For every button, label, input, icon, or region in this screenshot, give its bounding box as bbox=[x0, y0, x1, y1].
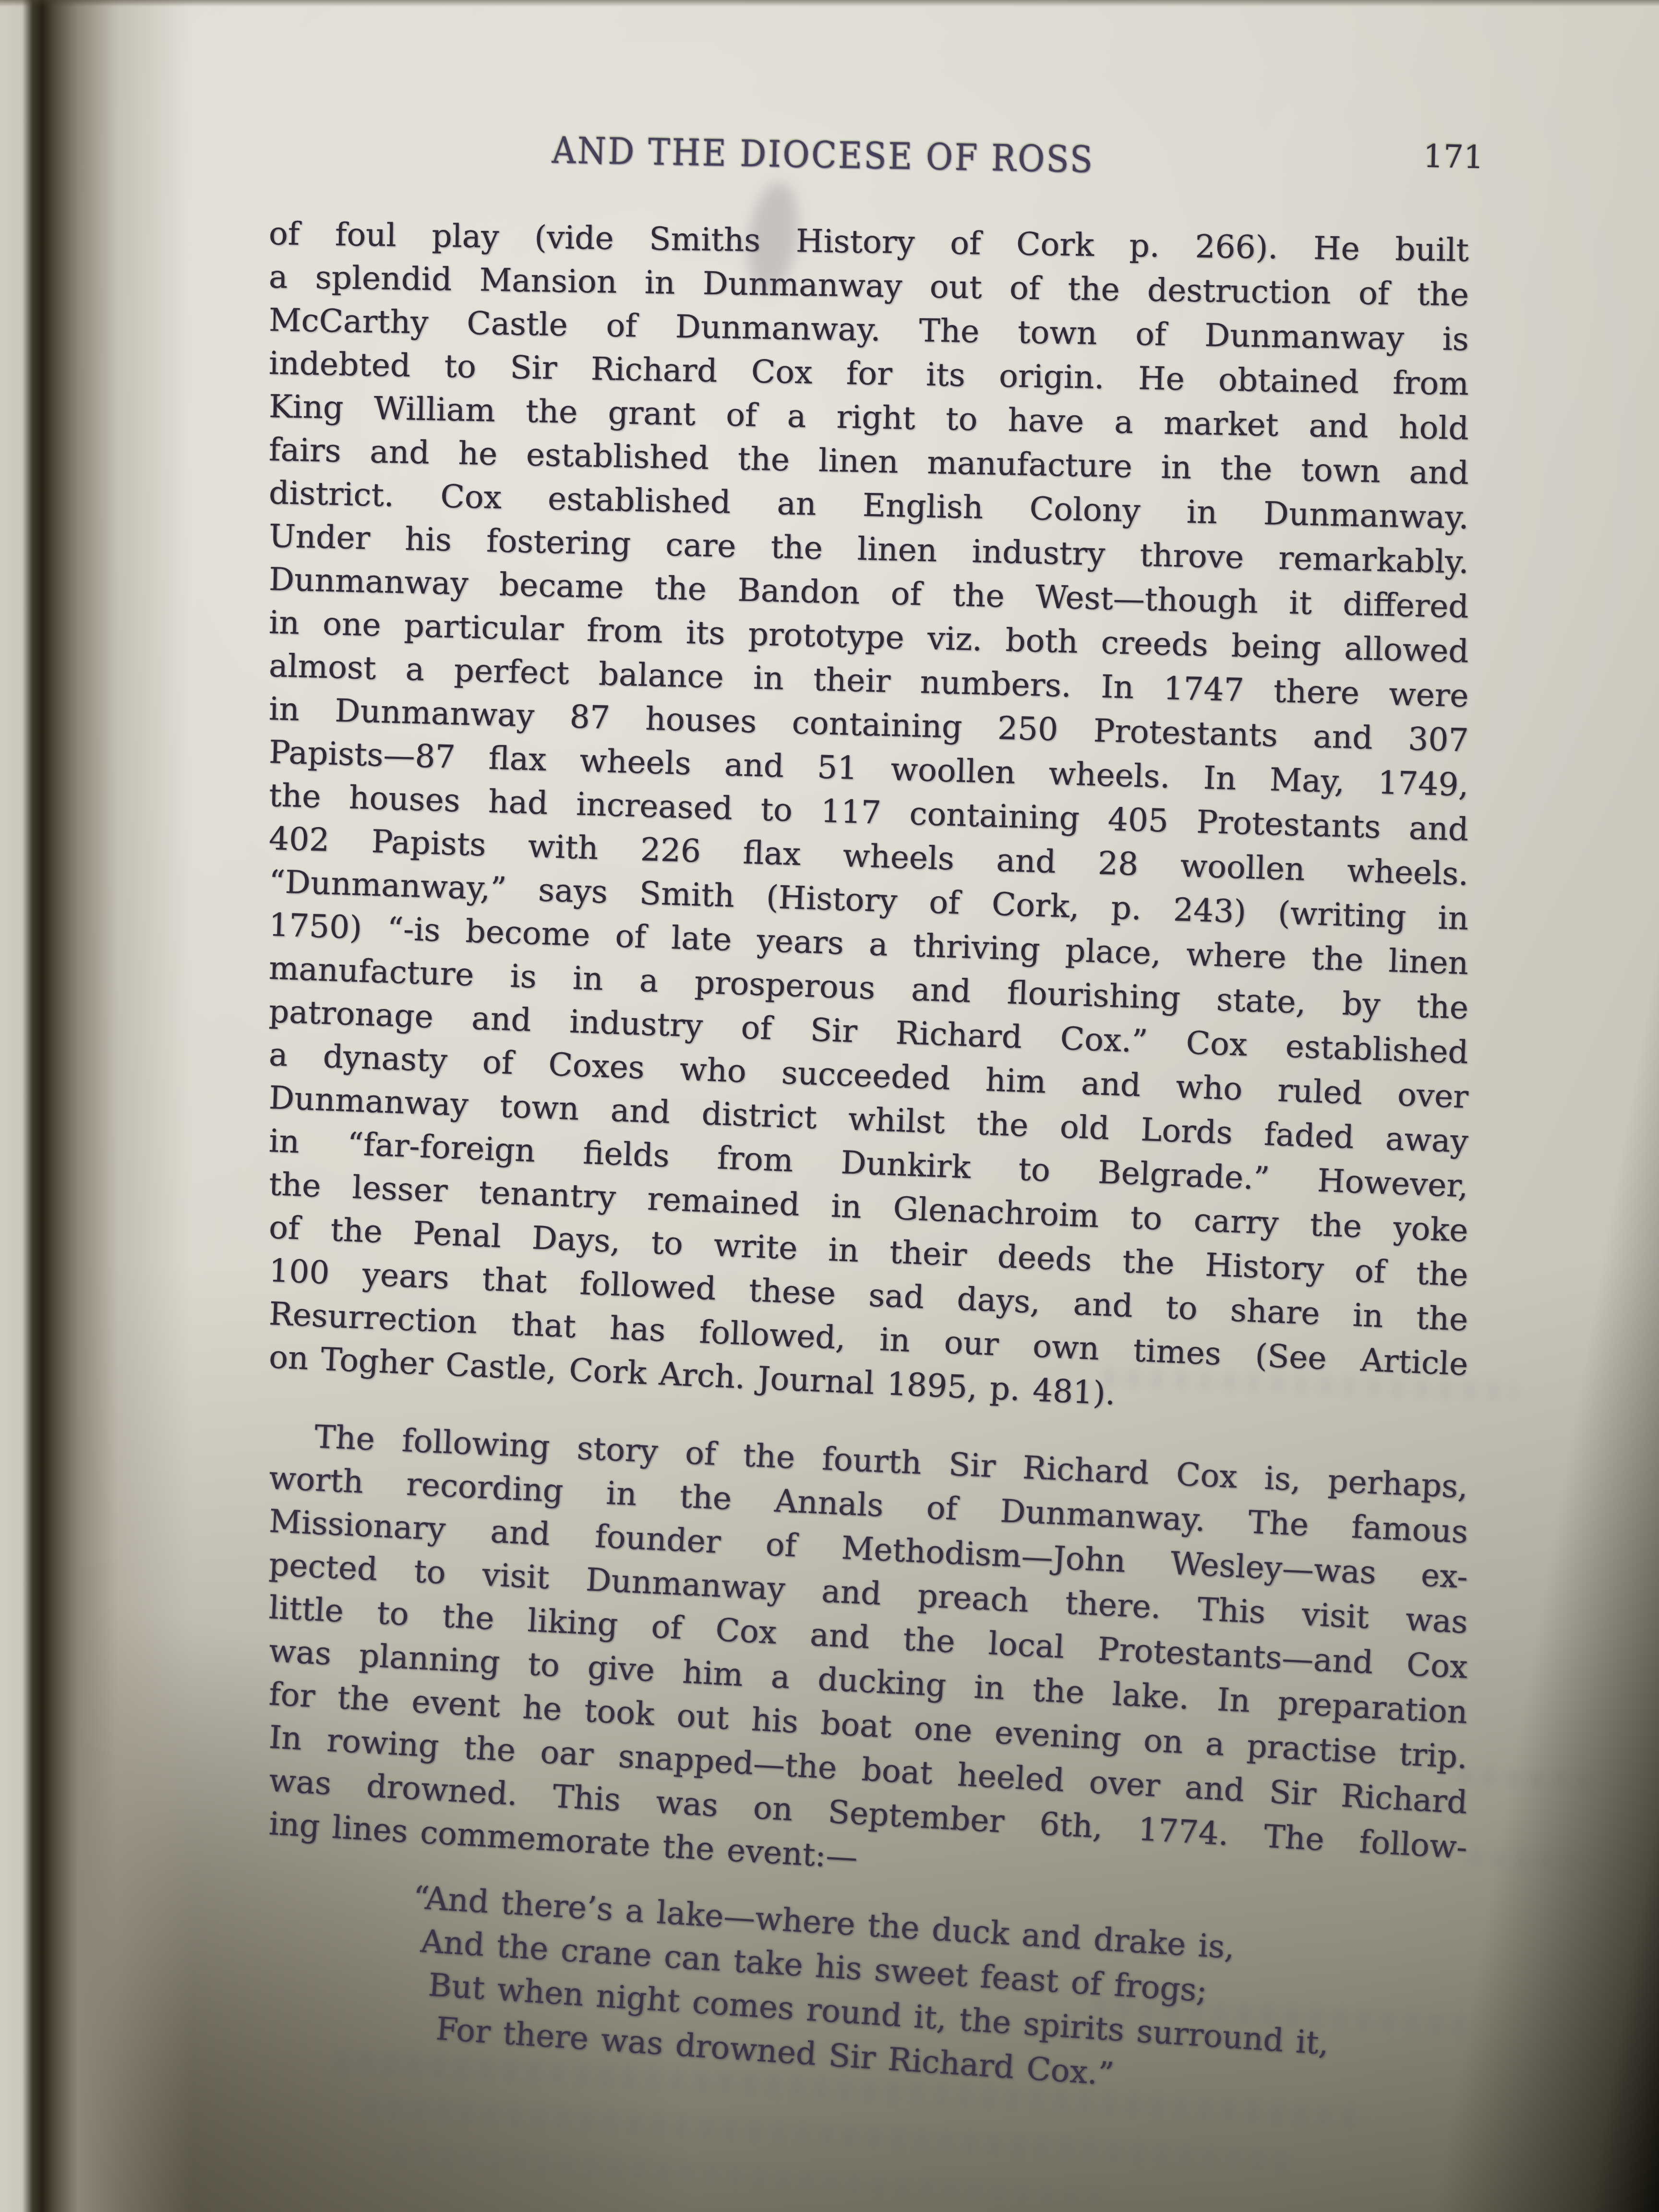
bleedthrough-smudge bbox=[365, 2096, 1300, 2173]
paragraph-wesley-story: The following story of the fourth Sir Ri… bbox=[269, 1413, 1469, 1845]
bleedthrough-smudge bbox=[1459, 1768, 1594, 1791]
book-page-scan: AND THE DIOCESE OF ROSS 171 of foul play… bbox=[0, 0, 1659, 2212]
bleedthrough-smudge bbox=[1468, 1850, 1589, 1872]
page-number: 171 bbox=[1423, 138, 1484, 176]
paragraph-history: of foul play (vide Smiths History of Cor… bbox=[269, 212, 1469, 1379]
running-header: AND THE DIOCESE OF ROSS bbox=[552, 129, 1094, 181]
text-block: of foul play (vide Smiths History of Cor… bbox=[269, 212, 1469, 2049]
commemorative-verse: “And there’s a lake—where the duck and d… bbox=[413, 1876, 1373, 2049]
bleedthrough-smudge bbox=[394, 2145, 1114, 2209]
